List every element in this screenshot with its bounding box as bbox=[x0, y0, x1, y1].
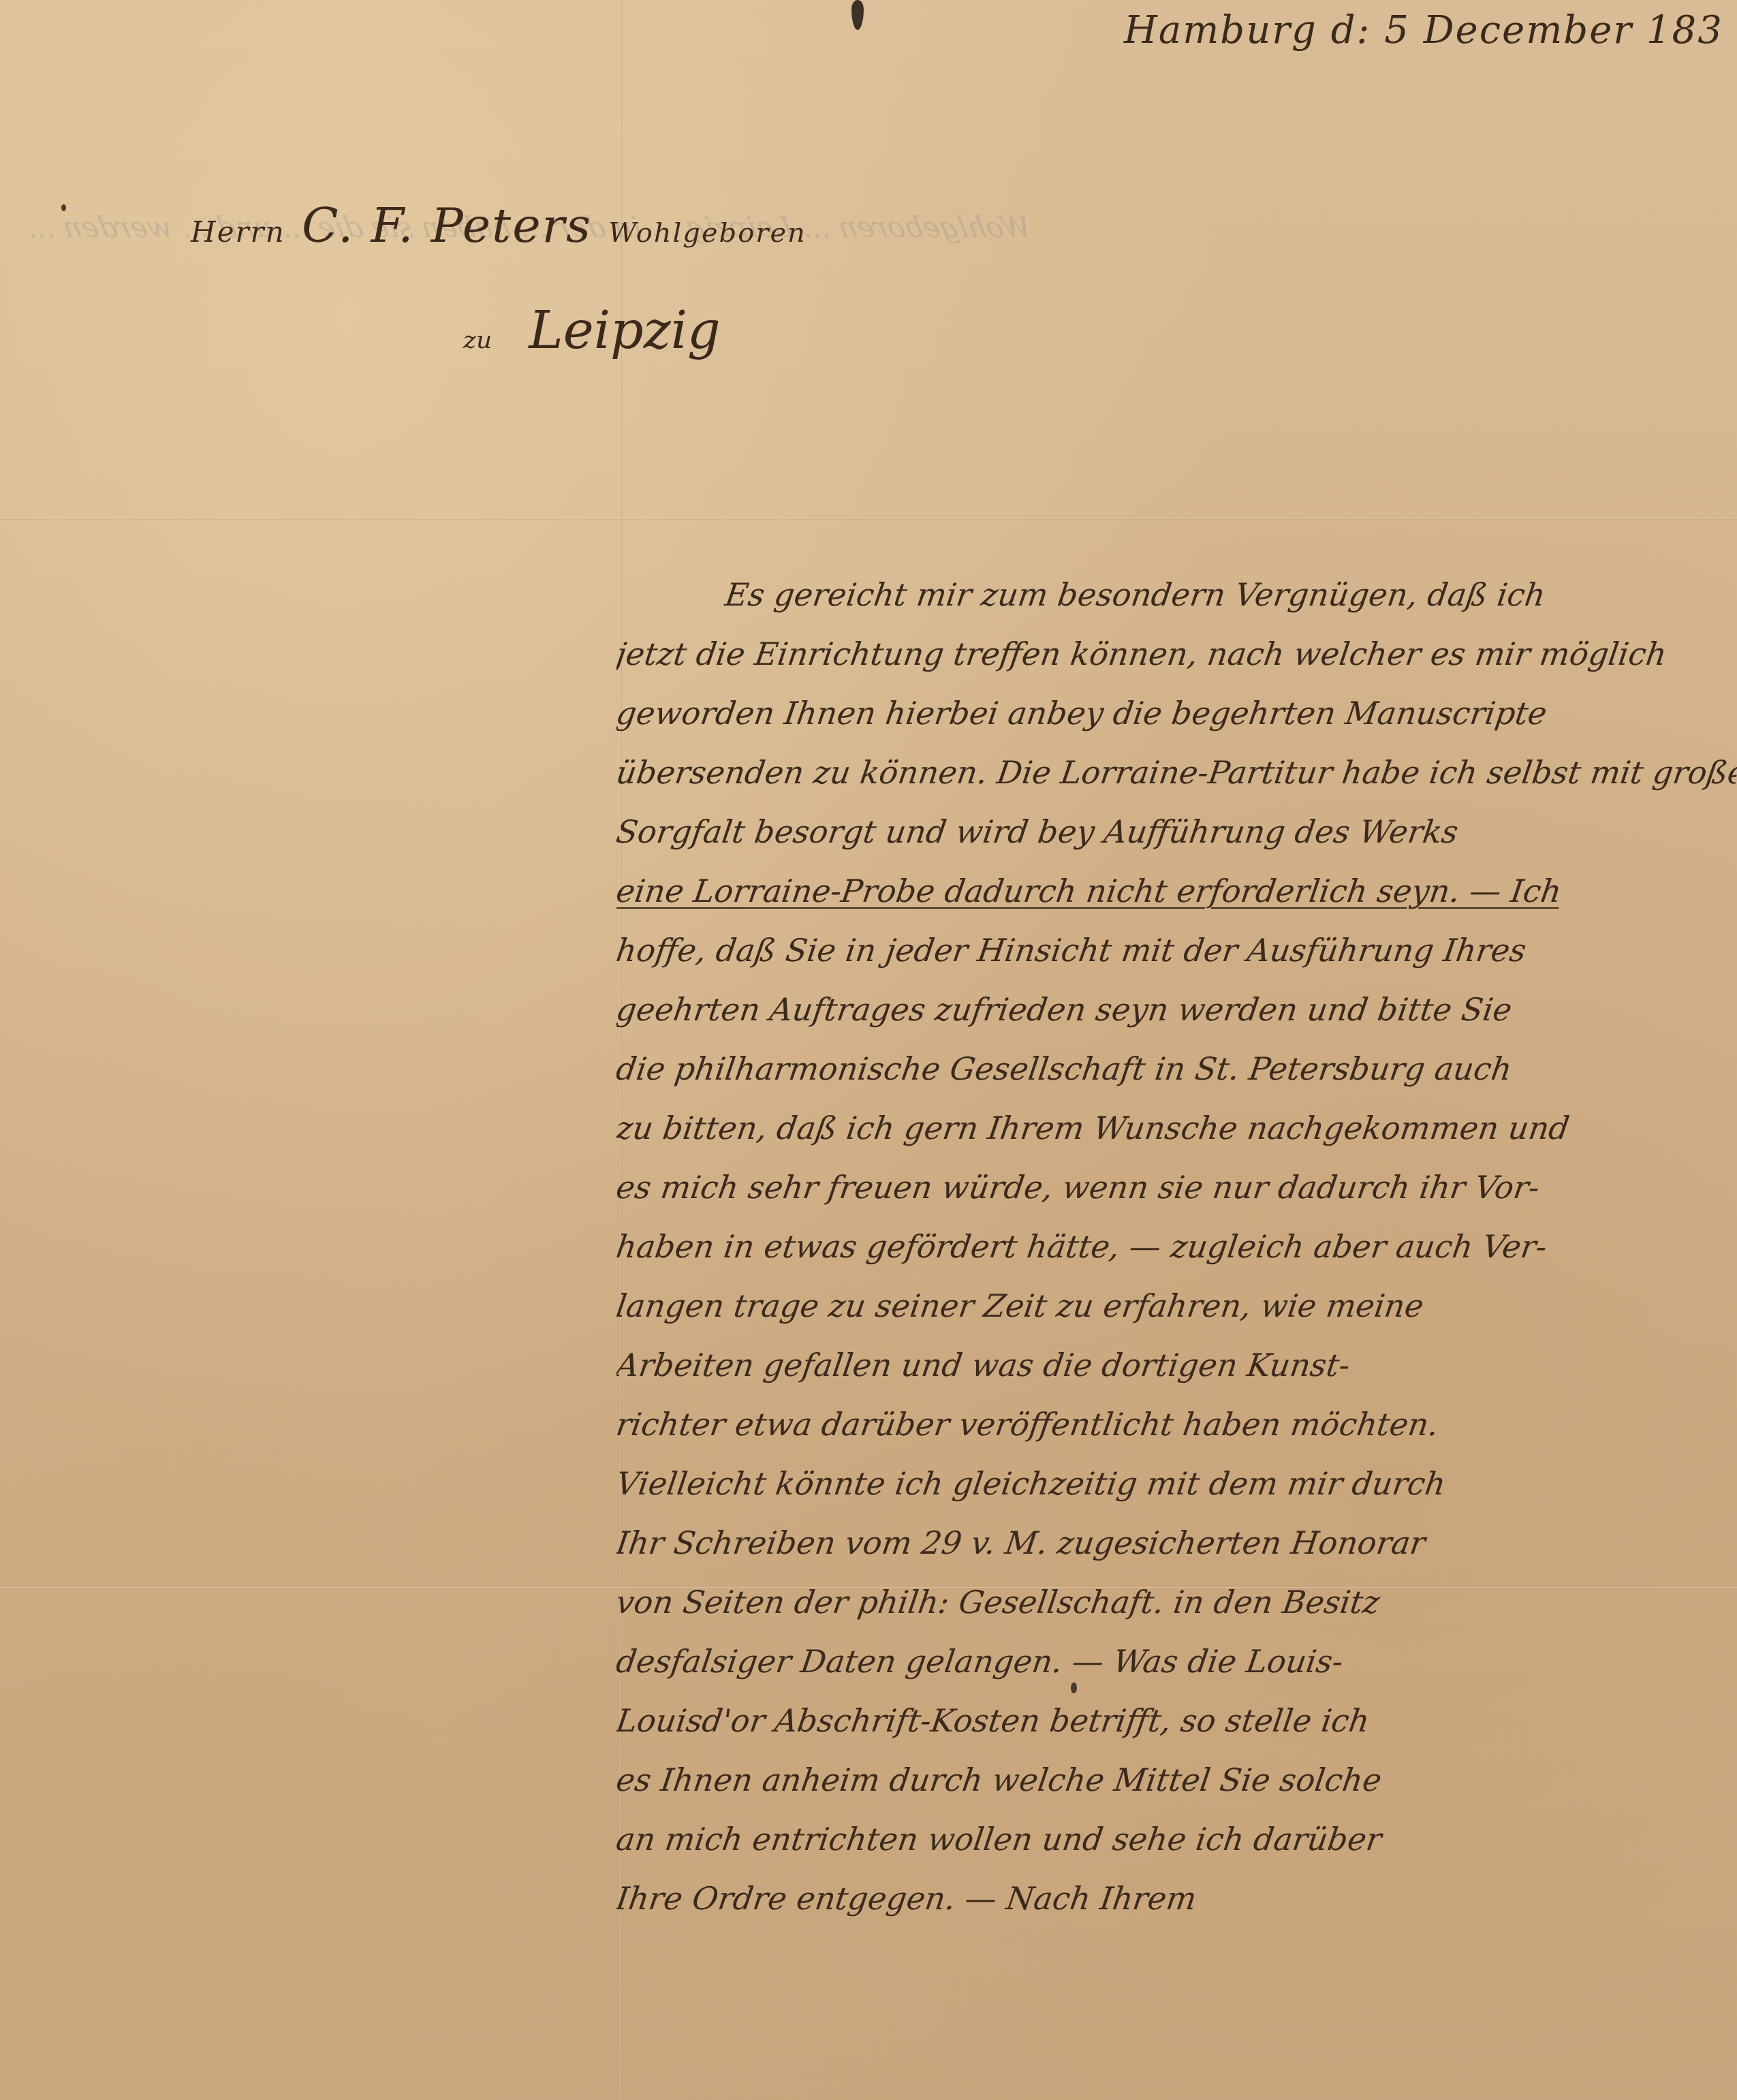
destination-city: Leipzig bbox=[529, 300, 720, 360]
body-line: übersenden zu können. Die Lorraine-Parti… bbox=[616, 743, 1737, 802]
destination-preposition: zu bbox=[463, 326, 492, 354]
body-line: jetzt die Einrichtung treffen können, na… bbox=[616, 625, 1737, 684]
body-line: hoffe, daß Sie in jeder Hinsicht mit der… bbox=[616, 921, 1737, 980]
body-line: zu bitten, daß ich gern Ihrem Wunsche na… bbox=[616, 1099, 1737, 1158]
body-line: Es gereicht mir zum besondern Vergnügen,… bbox=[616, 565, 1737, 625]
body-line: geworden Ihnen hierbei anbey die begehrt… bbox=[616, 684, 1737, 743]
addressee-salutation: Herrn bbox=[191, 215, 285, 249]
dateline-day-marker: d: bbox=[1331, 8, 1371, 52]
body-line: richter etwa darüber veröffentlicht habe… bbox=[616, 1395, 1737, 1454]
body-line: es mich sehr freuen würde, wenn sie nur … bbox=[616, 1158, 1737, 1217]
body-line: desfalsiger Daten gelangen. — Was die Lo… bbox=[616, 1632, 1737, 1691]
body-line: Louisd'or Abschrift-Kosten betrifft, so … bbox=[616, 1691, 1737, 1751]
body-line: Sorgfalt besorgt und wird bey Aufführung… bbox=[616, 802, 1737, 862]
body-line: die philharmonische Gesellschaft in St. … bbox=[616, 1039, 1737, 1099]
body-line: es Ihnen anheim durch welche Mittel Sie … bbox=[616, 1751, 1737, 1810]
letter-addressee: Herrn C. F. Peters Wohlgeboren bbox=[191, 198, 807, 253]
dateline-year: 183 bbox=[1646, 8, 1723, 52]
body-line: an mich entrichten wollen und sehe ich d… bbox=[616, 1810, 1737, 1869]
body-line: langen trage zu seiner Zeit zu erfahren,… bbox=[616, 1276, 1737, 1336]
addressee-name: C. F. Peters bbox=[302, 198, 592, 253]
body-line: Arbeiten gefallen und was die dortigen K… bbox=[616, 1336, 1737, 1395]
body-line: Ihr Schreiben vom 29 v. M. zugesicherten… bbox=[616, 1514, 1737, 1573]
body-line: haben in etwas gefördert hätte, — zuglei… bbox=[616, 1217, 1737, 1276]
dateline-place: Hamburg bbox=[1124, 8, 1317, 52]
body-line: geehrten Auftrages zufrieden seyn werden… bbox=[616, 980, 1737, 1039]
addressee-title: Wohlgeboren bbox=[608, 217, 807, 249]
body-line: Vielleicht könnte ich gleichzeitig mit d… bbox=[616, 1454, 1737, 1514]
dateline-month: December bbox=[1424, 8, 1633, 52]
letter-body: Es gereicht mir zum besondern Vergnügen,… bbox=[616, 565, 1737, 1928]
ink-blot-mark bbox=[851, 0, 864, 30]
body-line-underlined: eine Lorraine-Probe dadurch nicht erford… bbox=[616, 862, 1737, 921]
body-line: von Seiten der philh: Gesellschaft. in d… bbox=[616, 1573, 1737, 1632]
body-line: Ihre Ordre entgegen. — Nach Ihrem bbox=[616, 1869, 1737, 1928]
letter-destination: zu Leipzig bbox=[463, 300, 721, 360]
letter-dateline: Hamburg d: 5 December 183 bbox=[1124, 8, 1723, 52]
dateline-day: 5 bbox=[1384, 8, 1410, 52]
